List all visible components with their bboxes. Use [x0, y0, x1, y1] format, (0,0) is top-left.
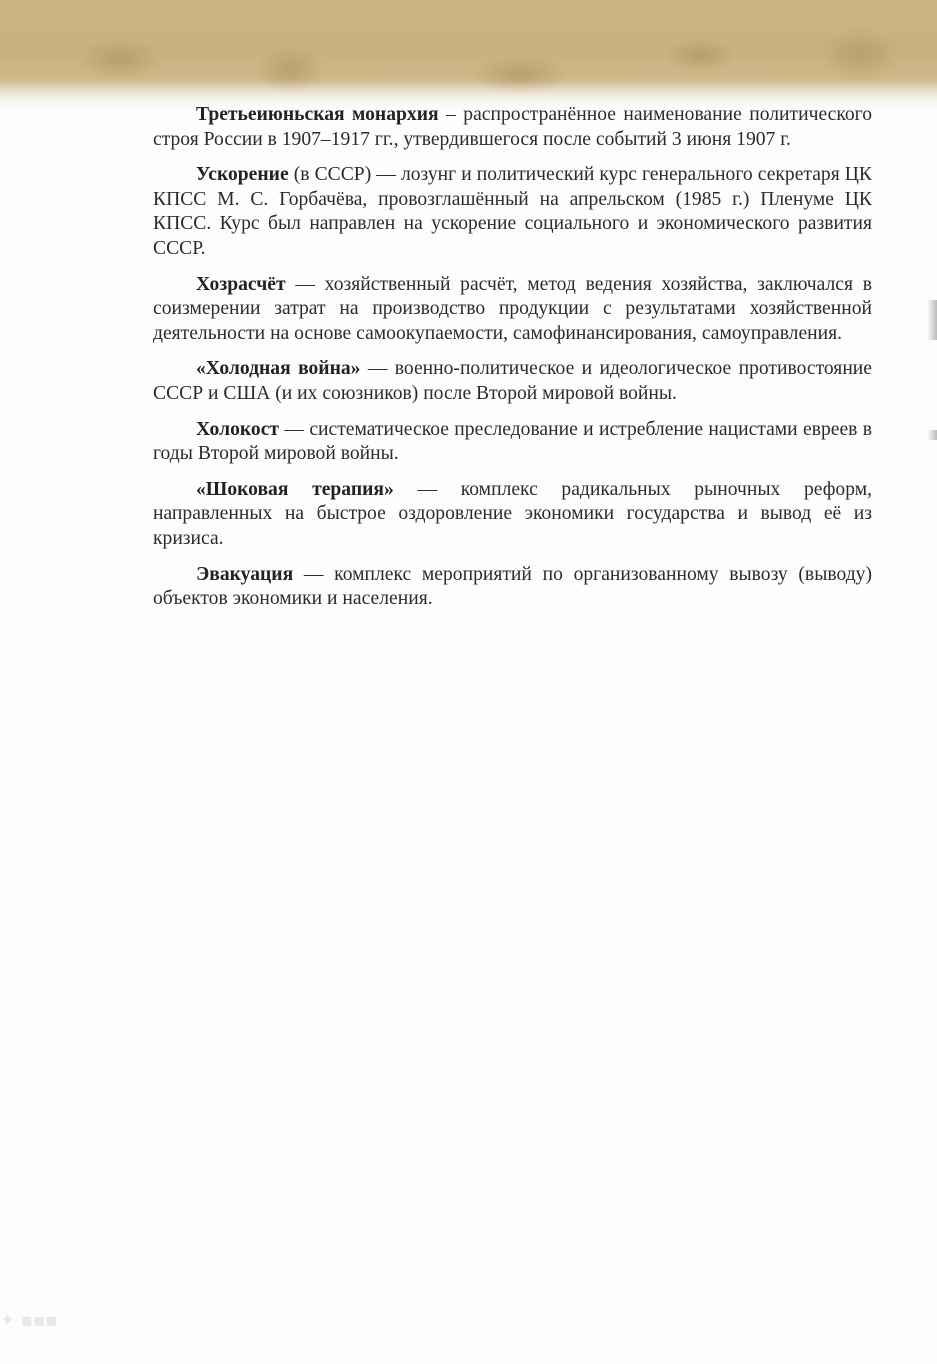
glossary-entry: Третьеиюньская монархия – распространённ…	[153, 103, 872, 152]
page-edge-mark	[927, 300, 937, 340]
glossary-content: Третьеиюньская монархия – распространённ…	[153, 103, 872, 623]
glossary-term: «Шоковая терапия»	[196, 479, 394, 500]
glossary-entry: Хозрасчёт — хозяйственный расчёт, метод …	[153, 273, 872, 347]
faint-corner-mark: ✦ ▪▪▪	[0, 1310, 120, 1340]
glossary-term: Ускорение	[196, 164, 289, 185]
glossary-entry: Ускорение (в СССР) — лозунг и политическ…	[153, 163, 872, 261]
page-edge-mark	[927, 430, 937, 440]
glossary-entry: «Холодная война» — военно-политическое и…	[153, 357, 872, 406]
glossary-term: Эвакуация	[196, 564, 293, 585]
glossary-term: «Холодная война»	[196, 358, 360, 379]
glossary-term: Хозрасчёт	[196, 274, 286, 295]
glossary-entry: Эвакуация — комплекс мероприятий по орга…	[153, 563, 872, 612]
glossary-entry: «Шоковая терапия» — комплекс радикальных…	[153, 478, 872, 552]
glossary-entry: Холокост — систематическое преследование…	[153, 418, 872, 467]
glossary-term: Третьеиюньская монархия	[196, 104, 439, 125]
decorative-header-banner	[0, 0, 937, 112]
glossary-term: Холокост	[196, 419, 279, 440]
